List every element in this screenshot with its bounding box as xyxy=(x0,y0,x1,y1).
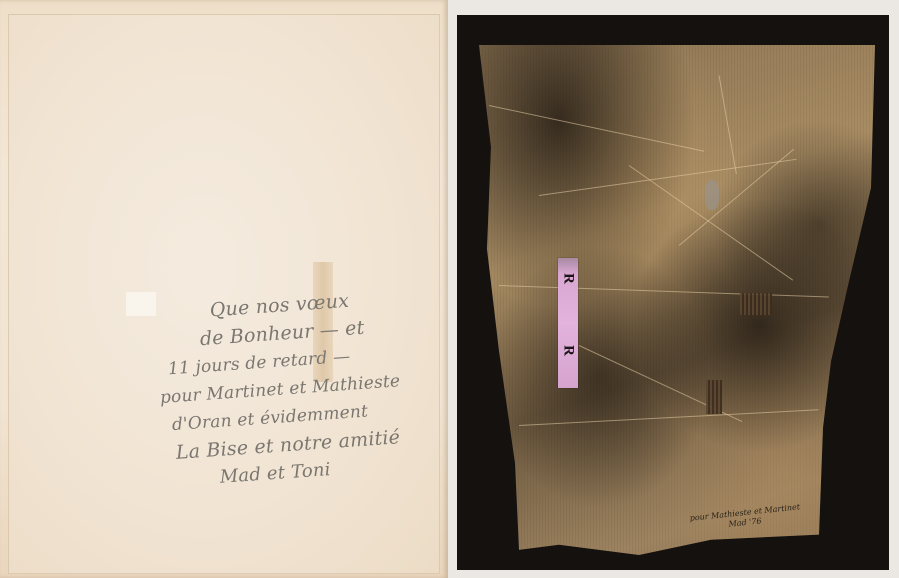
paper-crease xyxy=(489,105,704,152)
collage-sheet xyxy=(448,0,899,578)
pink-label-strip: R R xyxy=(558,258,578,388)
paper-crease xyxy=(499,285,829,298)
label-letter: R xyxy=(560,343,577,359)
corrugated-patch xyxy=(740,293,772,315)
paper-crease xyxy=(719,75,737,174)
corrugated-patch xyxy=(706,380,722,414)
paper-crease xyxy=(519,409,819,426)
tape-residue-spot xyxy=(126,292,156,316)
grey-stain xyxy=(705,180,719,210)
crumpled-brown-paper xyxy=(479,45,879,555)
black-backing-board xyxy=(457,15,889,570)
paper-crease xyxy=(679,149,795,246)
artwork-diptych: Que nos vœux de Bonheur — et 11 jours de… xyxy=(0,0,899,578)
label-letter: R xyxy=(560,271,577,287)
handwritten-dedication: Que nos vœux de Bonheur — et 11 jours de… xyxy=(160,300,430,496)
